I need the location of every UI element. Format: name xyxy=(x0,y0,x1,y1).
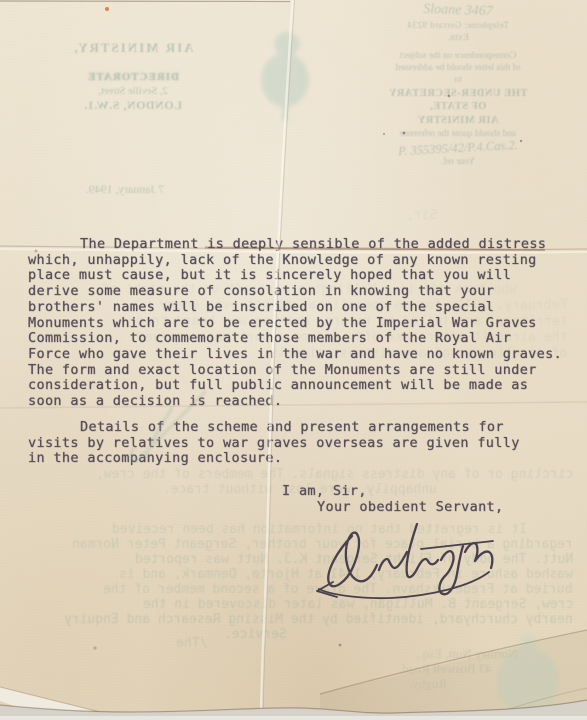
closing-obedient-servant: Your obedient Servant, xyxy=(317,499,504,515)
paragraph-2: Details of the scheme and present arrang… xyxy=(28,420,574,467)
typed-line: derive some measure of consolation in kn… xyxy=(28,284,574,300)
bleed-address-line: 43 Boswell Road, xyxy=(399,661,492,677)
bleed-corr-1: Correspondence on the subject xyxy=(352,50,564,62)
paragraph-1: The Department is deeply sensible of the… xyxy=(28,237,574,410)
bleed-body-line: circling or of any distress signals. The… xyxy=(96,467,573,482)
typed-line: consideration, but full public announcem… xyxy=(28,378,574,394)
bleed-corr-2: of this letter should be addressed xyxy=(352,62,564,74)
bleed-body-line: crew, Sergeant B. Mulligan, was later di… xyxy=(143,597,573,612)
bleed-date: 7 January, 1949. xyxy=(50,182,200,197)
bleed-body-line: buried at Frederikshavn. The grave of a … xyxy=(103,582,573,597)
bleed-body-line: Service. xyxy=(224,627,287,642)
bleed-london: LONDON, S.W.1. xyxy=(58,98,208,113)
bleed-address-line: Rugby. xyxy=(410,676,447,692)
bleed-corr-3: to xyxy=(352,74,564,86)
typed-line: place must cause, but it is sincerely ho… xyxy=(28,268,574,284)
typed-line: soon as a decision is reached. xyxy=(28,394,574,410)
typed-line: in the accompanying enclosure. xyxy=(28,451,574,467)
typed-line: brothers' names will be inscribed on one… xyxy=(28,300,574,316)
bleed-catchword: /The xyxy=(176,636,207,651)
bleed-body-line: Nutt. The body of Flight Sergeant K.J. N… xyxy=(135,552,573,567)
bleed-directorate: DIRECTORATE xyxy=(58,71,208,85)
typed-line: Details of the scheme and present arrang… xyxy=(28,420,574,436)
bleed-air-ministry-2: AIR MINISTRY xyxy=(352,114,564,128)
bleed-extn: Extn. xyxy=(352,32,564,44)
bleed-body-line: nearby churchyard, identified by the Mis… xyxy=(64,612,573,627)
bleed-of-state: OF STATE, xyxy=(352,100,564,114)
typed-line: The form and exact location of the Monum… xyxy=(28,363,574,379)
scanned-letter-page: AIR MINISTRY, DIRECTORATE 2, Seville Str… xyxy=(0,0,587,720)
typed-line: Force who gave their lives in the war an… xyxy=(28,347,574,363)
bleed-under-secretary: THE UNDER-SECRETARY xyxy=(352,87,564,101)
bleed-body-line: It is regretted that no information has … xyxy=(112,522,527,537)
typed-line: The Department is deeply sensible of the… xyxy=(28,237,574,253)
bleed-body-line: regarding a burial place for your brothe… xyxy=(72,537,573,552)
bleed-letterhead-left: AIR MINISTRY, DIRECTORATE 2, Seville Str… xyxy=(58,40,208,113)
typed-line: Commission, to commemorate those members… xyxy=(28,331,574,347)
bleed-address-line: Northey Nutt, Esq., xyxy=(416,646,517,662)
typed-line: Monuments which are to be erected by the… xyxy=(28,316,574,332)
bleed-letterhead-right: Sloane 3467 Telephone: Gerrard 9234 Extn… xyxy=(352,2,564,168)
bleed-air-ministry: AIR MINISTRY, xyxy=(58,40,208,56)
bleed-street: 2, Seville Street, xyxy=(58,85,208,98)
bleed-salutation: Sir, xyxy=(406,208,437,223)
closing-i-am-sir: I am, Sir, xyxy=(282,483,367,499)
bleed-body-line: washed ashore in February, 1941 at Hjort… xyxy=(119,567,573,582)
